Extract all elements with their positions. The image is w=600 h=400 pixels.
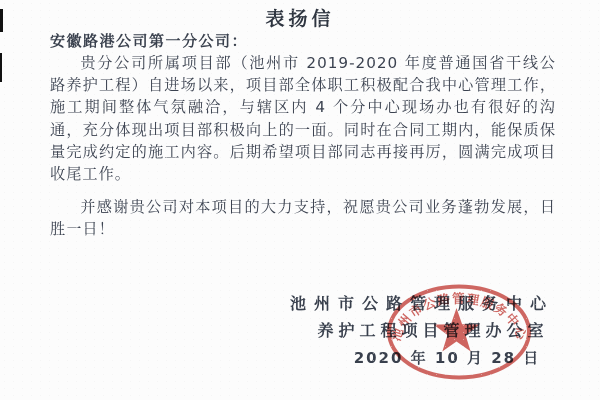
letter-paragraph-2: 并感谢贵公司对本项目的大力支持，祝愿贵公司业务蓬勃发展，日胜一日！ xyxy=(50,196,556,240)
commendation-letter-page: 表扬信 安徽路港公司第一分公司： 贵分公司所属项目部（池州市 2019-2020… xyxy=(0,0,600,400)
letter-salutation: 安徽路港公司第一分公司： xyxy=(50,30,248,51)
scan-edge-artifact xyxy=(0,53,2,82)
seal-star-icon xyxy=(434,308,480,351)
letter-title: 表扬信 xyxy=(0,4,600,31)
letter-paragraph-1: 贵分公司所属项目部（池州市 2019-2020 年度普通国省干线公路养护工程）自… xyxy=(50,52,556,185)
official-red-seal: 池州市公路管理服务中心 xyxy=(384,281,534,383)
